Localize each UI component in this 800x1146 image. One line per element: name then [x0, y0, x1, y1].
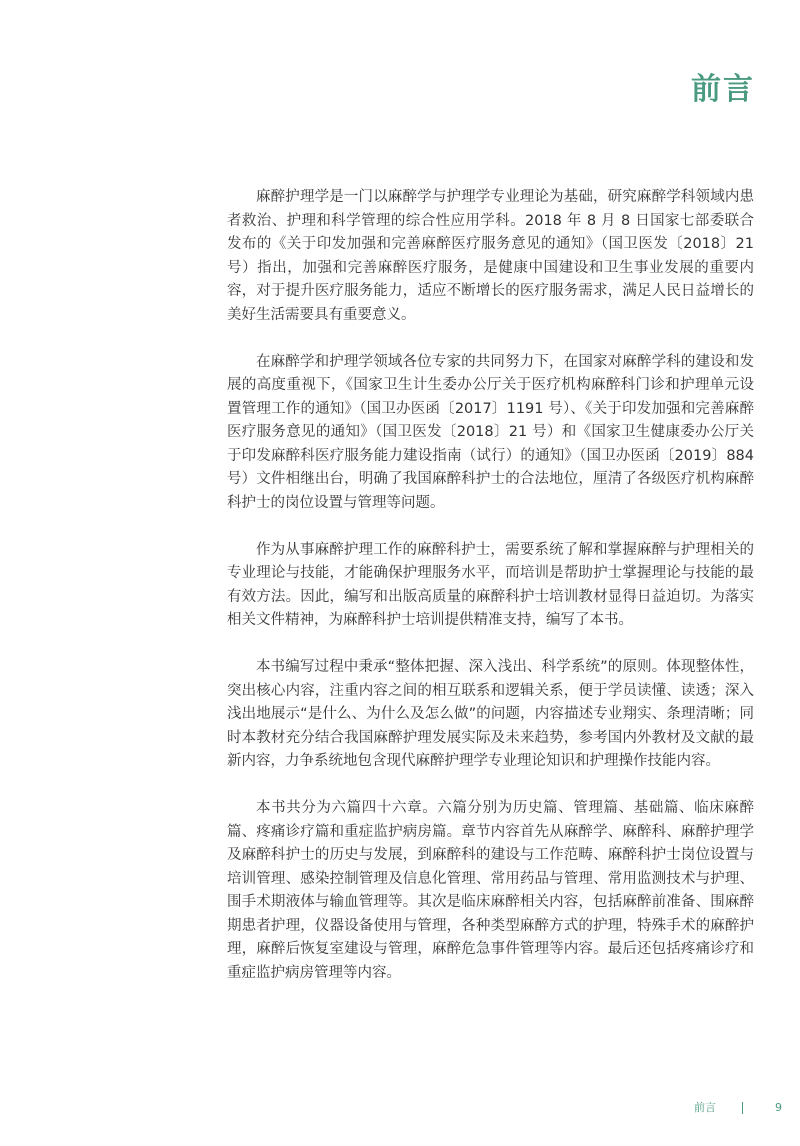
page-footer: 前言 9 — [694, 1099, 782, 1117]
paragraph-4: 本书编写过程中秉承“整体把握、深入浅出、科学系统”的原则。体现整体性，突出核心内… — [227, 656, 754, 774]
preface-body: 麻醉护理学是一门以麻醉学与护理学专业理论为基础，研究麻醉学科领域内患者救治、护理… — [227, 186, 754, 1009]
paragraph-1: 麻醉护理学是一门以麻醉学与护理学专业理论为基础，研究麻醉学科领域内患者救治、护理… — [227, 186, 754, 327]
page-number: 9 — [775, 1099, 782, 1117]
footer-section-label: 前言 — [694, 1099, 724, 1117]
page-title: 前言 — [691, 70, 755, 110]
footer-separator — [742, 1102, 743, 1114]
paragraph-3: 作为从事麻醉护理工作的麻醉科护士，需要系统了解和掌握麻醉与护理相关的专业理论与技… — [227, 539, 754, 633]
paragraph-5: 本书共分为六篇四十六章。六篇分别为历史篇、管理篇、基础篇、临床麻醉篇、疼痛诊疗篇… — [227, 797, 754, 985]
paragraph-2: 在麻醉学和护理学领域各位专家的共同努力下，在国家对麻醉学科的建设和发展的高度重视… — [227, 351, 754, 516]
